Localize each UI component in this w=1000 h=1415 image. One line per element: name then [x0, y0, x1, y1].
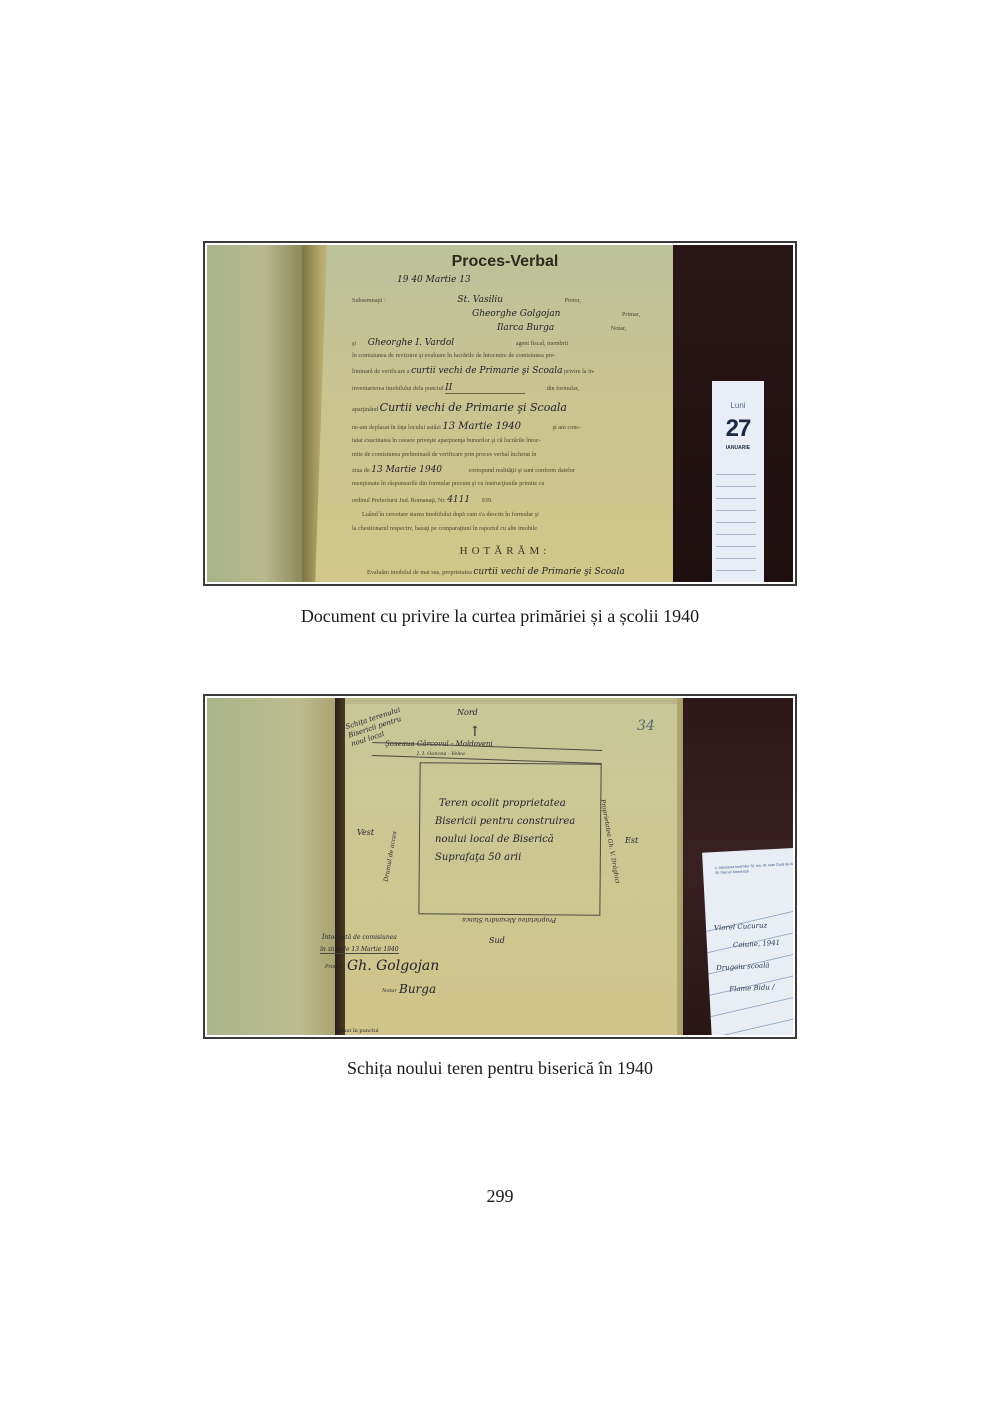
body-line-1: în comisiunea de revizuire şi evaluare î…	[352, 352, 682, 359]
calendar-day-number: 27	[712, 415, 764, 443]
plot-text-2: Bisericii pentru construirea	[435, 816, 575, 827]
figure-1-photo: Proces-Verbal 19 40 Martie 13 Subsemnaţi…	[203, 241, 797, 586]
body-line-8: ziua de 13 Martie 1940 corespund realită…	[352, 465, 682, 475]
signature-label-notar: Notar	[382, 988, 397, 994]
photo-proces-verbal: Proces-Verbal 19 40 Martie 13 Subsemnaţi…	[207, 245, 793, 582]
figure-2-caption: Schița noului teren pentru biserică în 1…	[0, 1058, 1000, 1079]
signatory-line-3: Ilarca Burga Notar,	[352, 323, 682, 333]
plot-text-3: noului local de Biserică	[435, 834, 554, 845]
figure-1-caption: Document cu privire la curtea primăriei …	[0, 606, 1000, 627]
signatory-line-1: Subsemnaţii : St. Vasiliu Pretor,	[352, 295, 682, 305]
calendar-day-name: Luni	[712, 401, 764, 410]
signature-label-primar: Primar	[325, 964, 342, 970]
register-page-number: 34	[637, 718, 655, 734]
left-book-page	[207, 698, 337, 1035]
body-line-11: Luând în cercetare starea imobilului dup…	[362, 511, 692, 518]
figure-2-photo: Schiţa terenului Bisericii pentru noul l…	[203, 694, 797, 1039]
body-line-10: ordinul Prefecturii Jud. Romanaţi, Nr. 4…	[352, 495, 682, 505]
book-gutter	[335, 698, 345, 1035]
left-book-page	[207, 245, 302, 582]
calendar-month: IANUARIE	[712, 445, 764, 451]
west-label: Vest	[357, 828, 374, 837]
plot-text-4: Suprafaţa 50 arii	[435, 852, 521, 863]
photo-land-sketch: Schiţa terenului Bisericii pentru noul l…	[207, 698, 793, 1035]
body-line-9: menţionate în răspunsurile din formular …	[352, 480, 682, 487]
signatory-line-2: Gheorghe Golgojan Primar,	[352, 309, 682, 319]
body-line-6: tatat exactitatea în ceeace priveşte apa…	[352, 437, 682, 444]
road-sublabel: I. I. Oancea - Velea	[417, 751, 465, 757]
body-line-5: ne-am deplasat în faţa locului astăzi 13…	[352, 421, 682, 432]
bottom-text: situat în punctul	[337, 1028, 379, 1034]
south-label: Sud	[489, 936, 505, 945]
page-number: 299	[0, 1186, 1000, 1207]
signature-note-2: în ziua de 13 Martie 1940	[320, 946, 399, 954]
south-side-label: Proprietatea Alexandru Stanca	[462, 916, 556, 923]
body-line-7: mite de comisiunea preliminară de verifi…	[352, 451, 682, 458]
body-line-4: aparţinând Curtii vechi de Primarie şi S…	[352, 401, 682, 414]
north-arrow-icon: ↑	[469, 724, 481, 740]
plot-text-1: Teren ocolit proprietatea	[439, 798, 566, 809]
body-line-2: liminară de verificare a curtii vechi de…	[352, 366, 682, 376]
paper-printed-text: 1. Adunarea Ierarhilor Sf. Ion, Sf. Ioan…	[715, 862, 793, 876]
body-line-3: inventarierea imobilului dela punctul II…	[352, 383, 682, 394]
north-label: Nord	[457, 708, 478, 717]
body-line-12: la chestionarul respectiv, bazaţi pe com…	[352, 525, 682, 532]
signature-notar: Burga	[399, 982, 436, 996]
final-line: Evaluăm imobilul de mai sus, proprietate…	[367, 567, 697, 577]
handwritten-note-paper: 1. Adunarea Ierarhilor Sf. Ion, Sf. Ioan…	[702, 848, 793, 1035]
signature-primar: Gh. Golgojan	[347, 958, 439, 974]
desk-calendar: Luni 27 IANUARIE	[712, 381, 764, 582]
document-title: Proces-Verbal	[335, 253, 675, 271]
hotaram-heading: HOTĂRĂM:	[335, 545, 675, 557]
agent-line: şi Gheorghe I. Vardol agent fiscal, memb…	[352, 338, 682, 348]
signature-note-1: Întocmită de comisiunea	[322, 934, 397, 941]
calendar-ruled-lines	[716, 463, 756, 582]
east-label: Est	[625, 836, 638, 845]
date-line: 19 40 Martie 13	[397, 275, 727, 285]
